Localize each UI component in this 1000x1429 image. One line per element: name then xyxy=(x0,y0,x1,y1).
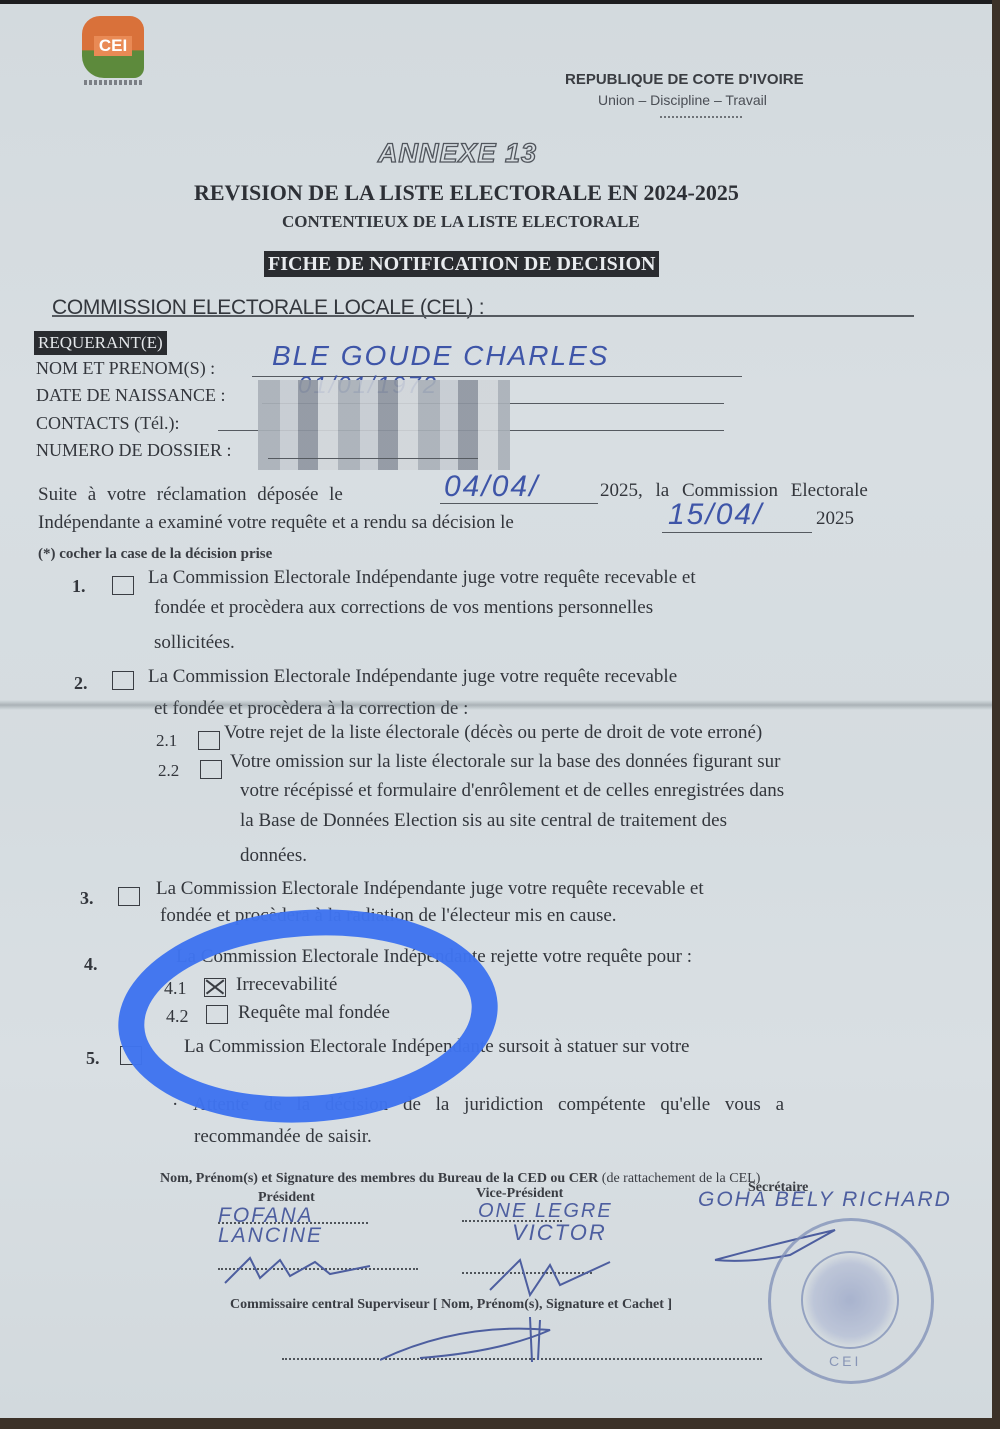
stamp-emblem-icon xyxy=(801,1251,899,1349)
official-stamp: CEI xyxy=(768,1218,934,1384)
decision-5-bullet-text: recommandée de saisir. xyxy=(194,1126,372,1148)
decision-2-1-number: 2.1 xyxy=(156,731,177,751)
signature-heading-bold: Nom, Prénom(s) et Signature des membres … xyxy=(160,1171,598,1186)
decision-1-text: La Commission Electorale Indépendante ju… xyxy=(148,567,696,589)
decision-date-line xyxy=(662,532,812,533)
logo-text: CEI xyxy=(94,36,132,56)
photo-edge xyxy=(0,0,992,4)
decision-2-text: La Commission Electorale Indépendante ju… xyxy=(148,666,677,688)
intro-text-1: Suite à votre réclamation déposée le xyxy=(38,484,343,506)
redacted-contacts xyxy=(258,380,510,470)
filed-date-line xyxy=(440,503,598,504)
birthdate-label: DATE DE NAISSANCE : xyxy=(36,385,226,406)
instruction: (*) cocher la case de la décision prise xyxy=(38,546,272,563)
decision-4-number: 4. xyxy=(84,954,98,975)
decision-2-2-text: votre récépissé et formulaire d'enrôleme… xyxy=(240,780,784,802)
subtitle: CONTENTIEUX DE LA LISTE ELECTORALE xyxy=(282,212,640,232)
cel-field-line xyxy=(52,315,914,317)
decision-5-number: 5. xyxy=(86,1048,100,1069)
secretary-name: GOHA BELY RICHARD xyxy=(698,1188,952,1212)
signature-heading-normal: (de rattachement de la CEL) xyxy=(602,1171,761,1186)
contacts-label: CONTACTS (Tél.): xyxy=(36,413,180,434)
president-signature xyxy=(220,1248,380,1288)
decision-2-1-text: Votre rejet de la liste électorale (décè… xyxy=(224,722,762,744)
vice-president-name: VICTOR xyxy=(512,1220,607,1246)
decision-3-text: La Commission Electorale Indépendante ju… xyxy=(156,878,704,900)
decision-1-checkbox[interactable] xyxy=(112,576,134,595)
decision-2-2-checkbox[interactable] xyxy=(200,760,222,779)
stamp-text: CEI xyxy=(829,1353,861,1369)
country-name: REPUBLIQUE DE COTE D'IVOIRE xyxy=(565,71,804,88)
dossier-label: NUMERO DE DOSSIER : xyxy=(36,440,232,461)
cei-logo: CEI xyxy=(82,16,144,86)
name-label: NOM ET PRENOM(S) : xyxy=(36,358,215,379)
decision-2-2-text: la Base de Données Election sis au site … xyxy=(240,810,727,832)
logo-caption xyxy=(84,80,142,85)
dossier-line xyxy=(268,458,478,459)
filed-date: 04/04/ xyxy=(444,470,539,504)
decision-1-number: 1. xyxy=(72,576,86,597)
form-name-banner: FICHE DE NOTIFICATION DE DECISION xyxy=(264,251,659,277)
requerant-section-label: REQUERANT(E) xyxy=(34,331,167,355)
supervisor-label: Commissaire central Superviseur [ Nom, P… xyxy=(230,1297,672,1313)
document-page: CEI REPUBLIQUE DE COTE D'IVOIRE Union – … xyxy=(0,0,992,1418)
main-title: REVISION DE LA LISTE ELECTORALE EN 2024-… xyxy=(194,180,739,206)
divider xyxy=(660,116,742,118)
vice-president-signature xyxy=(480,1250,620,1300)
decision-1-text: sollicitées. xyxy=(154,632,235,654)
decision-3-number: 3. xyxy=(80,888,94,909)
decision-2-2-text: données. xyxy=(240,845,307,867)
intro-text-4: 2025 xyxy=(816,508,854,530)
intro-text-3: Indépendante a examiné votre requête et … xyxy=(38,512,514,534)
decision-2-checkbox[interactable] xyxy=(112,671,134,690)
president-name: LANCINE xyxy=(218,1224,323,1248)
decision-2-number: 2. xyxy=(74,673,88,694)
decision-date: 15/04/ xyxy=(668,498,763,532)
decision-3-checkbox[interactable] xyxy=(118,887,140,906)
decision-2-2-number: 2.2 xyxy=(158,761,179,781)
name-value: BLE GOUDE CHARLES xyxy=(272,340,609,372)
decision-1-text: fondée et procèdera aux corrections de v… xyxy=(154,597,653,619)
national-motto: Union – Discipline – Travail xyxy=(598,92,767,108)
decision-2-2-text: Votre omission sur la liste électorale s… xyxy=(230,751,781,773)
decision-2-1-checkbox[interactable] xyxy=(198,731,220,750)
annexe-title: ANNEXE 13 xyxy=(378,138,537,169)
paper-fold xyxy=(0,700,992,710)
supervisor-signature xyxy=(380,1312,560,1364)
signature-heading: Nom, Prénom(s) et Signature des membres … xyxy=(160,1171,760,1187)
